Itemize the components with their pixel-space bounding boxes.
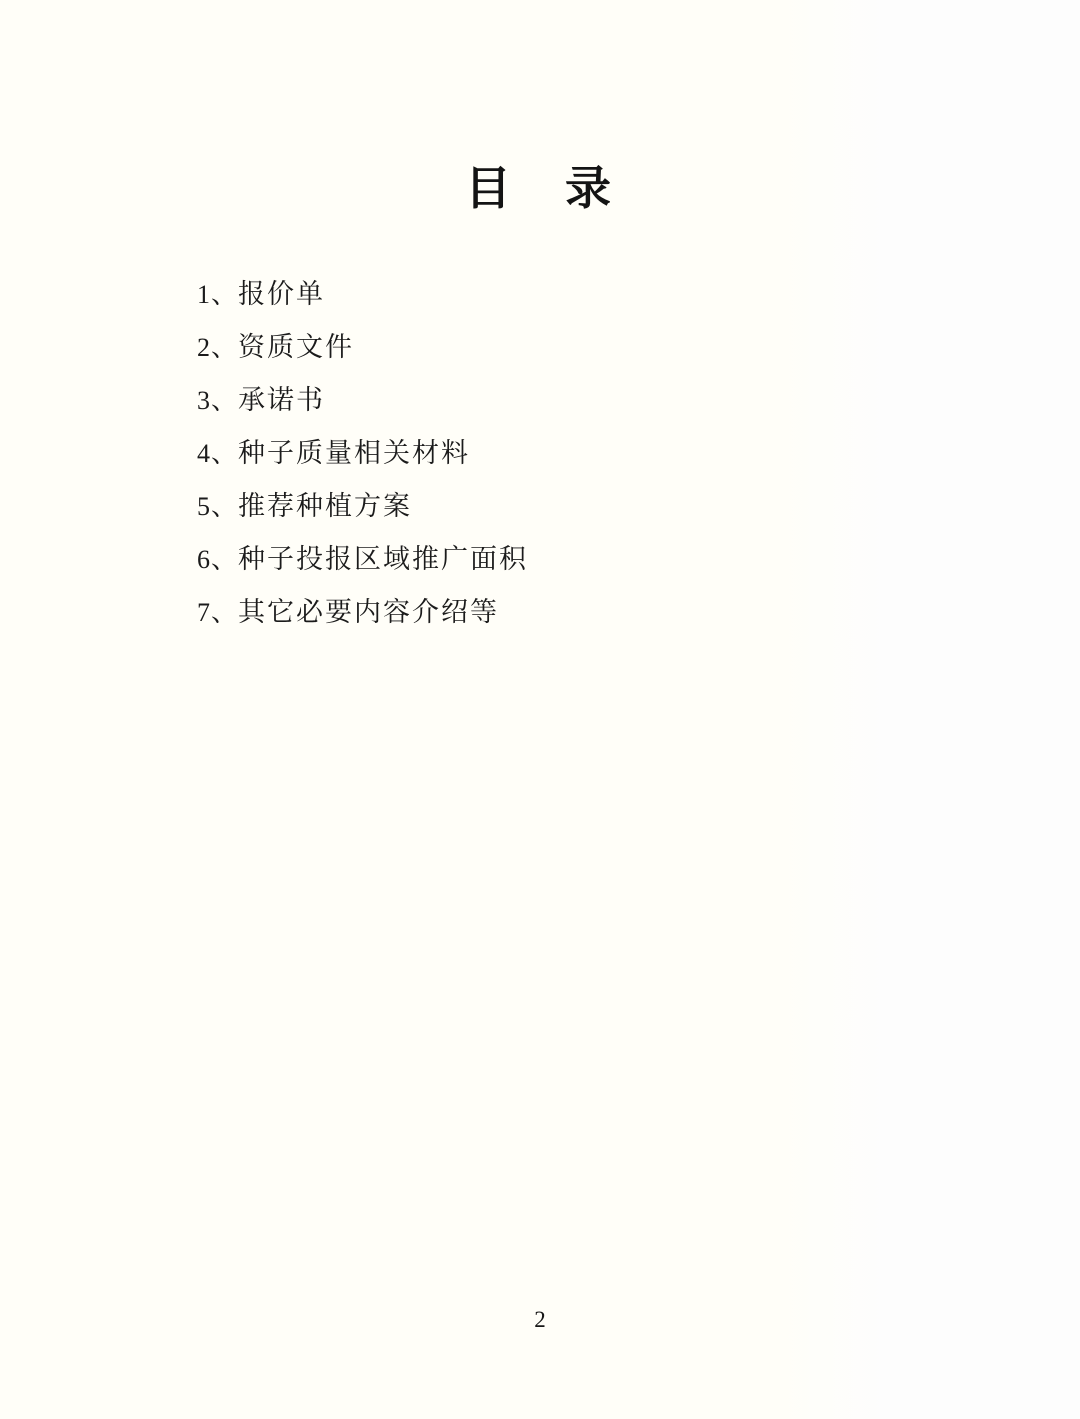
toc-item: 6、 种子投报区域推广面积 [197, 537, 528, 565]
toc-item-label: 资质文件 [238, 325, 354, 364]
toc-item: 2、 资质文件 [197, 325, 528, 353]
toc-item-number: 4、 [197, 433, 238, 470]
toc-item-number: 1、 [197, 274, 238, 311]
toc-item: 4、 种子质量相关材料 [197, 431, 528, 459]
toc-item-number: 5、 [197, 486, 238, 523]
toc-item-label: 推荐种植方案 [238, 484, 412, 523]
toc-item-number: 6、 [197, 539, 238, 576]
page-number: 2 [0, 1307, 1080, 1333]
toc-item-number: 3、 [197, 380, 238, 417]
toc-item-label: 承诺书 [238, 378, 325, 417]
page-title: 目 录 [0, 152, 1080, 218]
toc-item: 5、 推荐种植方案 [197, 484, 528, 512]
document-page: 目 录 1、 报价单 2、 资质文件 3、 承诺书 4、 种子质量相关材料 5、… [0, 0, 1080, 1419]
toc-item: 7、 其它必要内容介绍等 [197, 590, 528, 618]
toc-item-label: 报价单 [238, 272, 325, 311]
toc-item-label: 其它必要内容介绍等 [238, 590, 499, 629]
toc-item: 1、 报价单 [197, 272, 528, 300]
toc-item-number: 7、 [197, 592, 238, 629]
toc-list: 1、 报价单 2、 资质文件 3、 承诺书 4、 种子质量相关材料 5、 推荐种… [197, 272, 528, 643]
toc-item: 3、 承诺书 [197, 378, 528, 406]
toc-item-number: 2、 [197, 327, 238, 364]
toc-item-label: 种子投报区域推广面积 [238, 537, 528, 576]
toc-item-label: 种子质量相关材料 [238, 431, 470, 470]
